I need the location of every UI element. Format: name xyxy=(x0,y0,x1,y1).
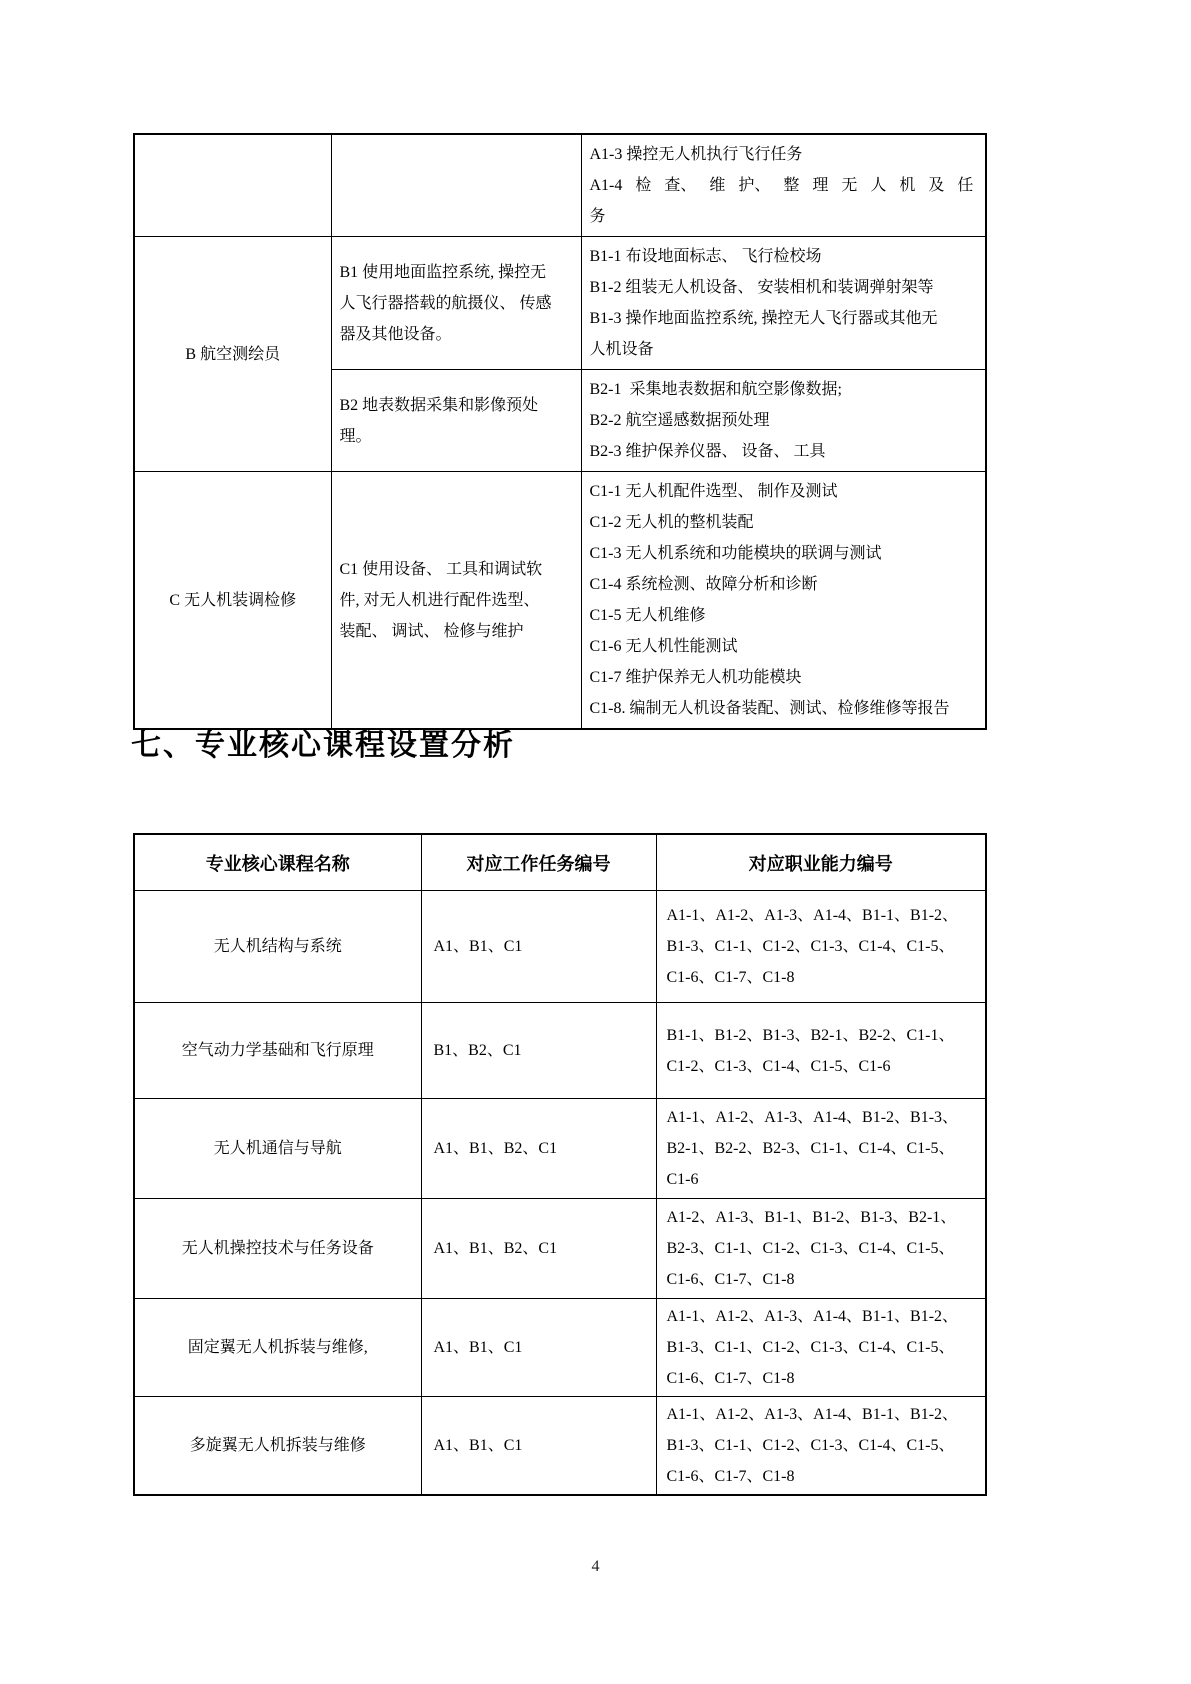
ability-cell-b2: B2-1 采集地表数据和航空影像数据; B2-2 航空遥感数据预处理 B2-3 … xyxy=(581,370,986,472)
task-codes: A1、B1、B2、C1 xyxy=(421,1099,656,1199)
course-analysis-table: 专业核心课程名称 对应工作任务编号 对应职业能力编号 无人机结构与系统 A1、B… xyxy=(133,833,987,1496)
table-row-a: A1-3 操控无人机执行飞行任务 A1-4 检 查、 维 护、 整 理 无 人 … xyxy=(134,134,986,237)
role-cell-c: C 无人机装调检修 xyxy=(134,472,331,730)
task-ability-table: A1-3 操控无人机执行飞行任务 A1-4 检 查、 维 护、 整 理 无 人 … xyxy=(133,133,987,730)
course-name: 空气动力学基础和飞行原理 xyxy=(134,1003,421,1099)
table-row-b1: B 航空测绘员 B1 使用地面监控系统, 操控无 人飞行器搭载的航摄仪、 传感 … xyxy=(134,237,986,370)
course-name: 多旋翼无人机拆装与维修 xyxy=(134,1397,421,1496)
course-name: 无人机操控技术与任务设备 xyxy=(134,1199,421,1299)
document-page: A1-3 操控无人机执行飞行任务 A1-4 检 查、 维 护、 整 理 无 人 … xyxy=(0,0,1191,1684)
ability-line: A1-3 操控无人机执行飞行任务 xyxy=(590,139,978,170)
table-row: 无人机操控技术与任务设备 A1、B1、B2、C1 A1-2、A1-3、B1-1、… xyxy=(134,1199,986,1299)
ability-line: A1-4 检 查、 维 护、 整 理 无 人 机 及 任 务 xyxy=(590,170,978,232)
section-heading: 七、专业核心课程设置分析 xyxy=(131,720,515,764)
ability-codes: A1-1、A1-2、A1-3、A1-4、B1-2、B1-3、 B2-1、B2-2… xyxy=(656,1099,986,1199)
empty-cell xyxy=(331,134,581,237)
table-row: 固定翼无人机拆装与维修, A1、B1、C1 A1-1、A1-2、A1-3、A1-… xyxy=(134,1299,986,1397)
table-row: 空气动力学基础和飞行原理 B1、B2、C1 B1-1、B1-2、B1-3、B2-… xyxy=(134,1003,986,1099)
task-cell-c1: C1 使用设备、 工具和调试软 件, 对无人机进行配件选型、 装配、 调试、 检… xyxy=(331,472,581,730)
task-cell-b1: B1 使用地面监控系统, 操控无 人飞行器搭载的航摄仪、 传感 器及其他设备。 xyxy=(331,237,581,370)
table-row: 无人机通信与导航 A1、B1、B2、C1 A1-1、A1-2、A1-3、A1-4… xyxy=(134,1099,986,1199)
table-header-row: 专业核心课程名称 对应工作任务编号 对应职业能力编号 xyxy=(134,834,986,891)
ability-cell-a: A1-3 操控无人机执行飞行任务 A1-4 检 查、 维 护、 整 理 无 人 … xyxy=(581,134,986,237)
role-cell-b: B 航空测绘员 xyxy=(134,237,331,472)
table-row: 无人机结构与系统 A1、B1、C1 A1-1、A1-2、A1-3、A1-4、B1… xyxy=(134,891,986,1003)
task-codes: B1、B2、C1 xyxy=(421,1003,656,1099)
ability-codes: B1-1、B1-2、B1-3、B2-1、B2-2、C1-1、 C1-2、C1-3… xyxy=(656,1003,986,1099)
header-ability-codes: 对应职业能力编号 xyxy=(656,834,986,891)
task-codes: A1、B1、C1 xyxy=(421,891,656,1003)
course-name: 固定翼无人机拆装与维修, xyxy=(134,1299,421,1397)
header-task-codes: 对应工作任务编号 xyxy=(421,834,656,891)
task-codes: A1、B1、B2、C1 xyxy=(421,1199,656,1299)
ability-codes: A1-1、A1-2、A1-3、A1-4、B1-1、B1-2、 B1-3、C1-1… xyxy=(656,1397,986,1496)
task-cell-b2: B2 地表数据采集和影像预处 理。 xyxy=(331,370,581,472)
ability-codes: A1-2、A1-3、B1-1、B1-2、B1-3、B2-1、 B2-3、C1-1… xyxy=(656,1199,986,1299)
course-name: 无人机结构与系统 xyxy=(134,891,421,1003)
task-codes: A1、B1、C1 xyxy=(421,1299,656,1397)
ability-codes: A1-1、A1-2、A1-3、A1-4、B1-1、B1-2、 B1-3、C1-1… xyxy=(656,891,986,1003)
ability-codes: A1-1、A1-2、A1-3、A1-4、B1-1、B1-2、 B1-3、C1-1… xyxy=(656,1299,986,1397)
table-row-c: C 无人机装调检修 C1 使用设备、 工具和调试软 件, 对无人机进行配件选型、… xyxy=(134,472,986,730)
empty-cell xyxy=(134,134,331,237)
ability-cell-c1: C1-1 无人机配件选型、 制作及测试 C1-2 无人机的整机装配 C1-3 无… xyxy=(581,472,986,730)
table-row: 多旋翼无人机拆装与维修 A1、B1、C1 A1-1、A1-2、A1-3、A1-4… xyxy=(134,1397,986,1496)
page-number: 4 xyxy=(0,1558,1191,1576)
course-name: 无人机通信与导航 xyxy=(134,1099,421,1199)
header-course-name: 专业核心课程名称 xyxy=(134,834,421,891)
ability-cell-b1: B1-1 布设地面标志、 飞行检校场 B1-2 组装无人机设备、 安装相机和装调… xyxy=(581,237,986,370)
task-codes: A1、B1、C1 xyxy=(421,1397,656,1496)
